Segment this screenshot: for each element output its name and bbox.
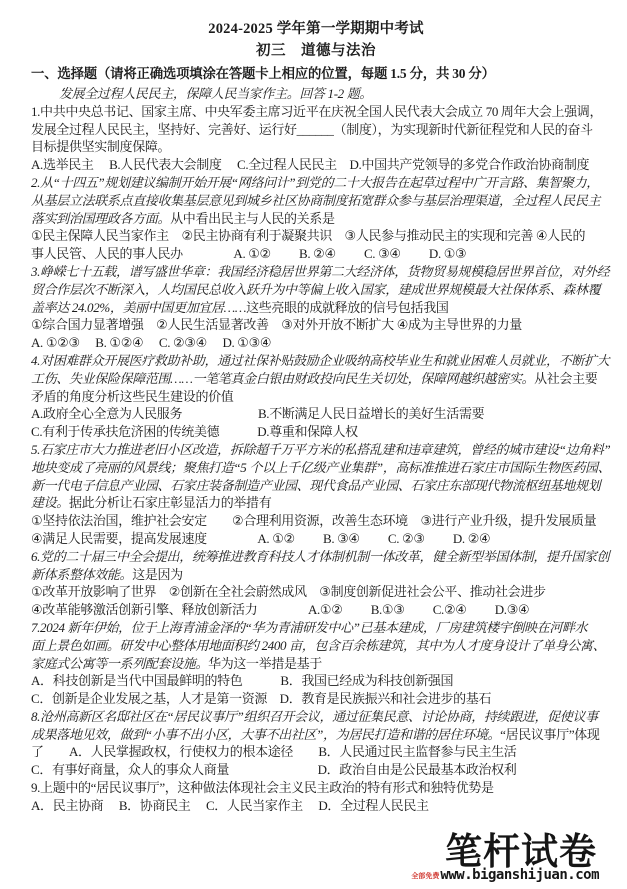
watermark: 笔杆试卷 全部免费 www.biganshijuan.com <box>411 835 599 883</box>
text-line: C．创新是企业发展之基，人才是第一资源 D．教育是民族振兴和社会进步的基石 <box>31 690 601 708</box>
text-run: 7.2024 新年伊始，位于上海青浦金泽的“华为青浦研发中心”已基本建成，厂房建… <box>31 620 587 635</box>
text-line: 1.中共中央总书记、国家主席、中央军委主席习近平在庆祝全国人民代表大会成立 70… <box>31 103 601 121</box>
text-line: 落实到治国理政各方面。从中看出民主与人民的关系是 <box>31 210 601 228</box>
watermark-brand: 笔杆试卷 <box>411 835 597 871</box>
text-line: 7.2024 新年伊始，位于上海青浦金泽的“华为青浦研发中心”已基本建成，厂房建… <box>31 619 601 637</box>
text-line: 5.石家庄市大力推进老旧小区改造，拆除超千万平方米的私搭乱建和违章建筑，曾经的城… <box>31 441 601 459</box>
text-line: 贸合作层次不断深入，人均国民总收入跃升为中等偏上收入国家，建成世界规模最大社保体… <box>31 281 601 299</box>
exam-title: 2024-2025 学年第一学期期中考试 <box>31 19 601 39</box>
text-run: 目标提供坚实制度保障。 <box>31 139 170 154</box>
text-run: 从基层立法联系点直接收集基层意见到城乡社区协商制度拓宽群众参与基层治理渠道，全过… <box>31 193 600 208</box>
text-line: A．民主协商 B．协商民主 C．人民当家作主 D．全过程人民民主 <box>31 797 601 815</box>
text-line: A.政府全心全意为人民服务 B.不断满足人民日益增长的美好生活需要 <box>31 405 601 423</box>
text-run: ④改革能够激活创新引擎、释放创新活力 A.①② B.①③ C.②④ D.③④ <box>31 602 529 617</box>
text-run: ④满足人民需要，提高发展速度 A. ①② B. ③④ C. ②③ D. ②④ <box>31 531 490 546</box>
text-run: 新一代电子信息产业园、石家庄装备制造产业园、现代食品产业园、石家庄东部现代物流枢… <box>31 478 600 493</box>
text-line: A．科技创新是当代中国最鲜明的特色 B．我国已经成为科技创新强国 <box>31 672 601 690</box>
text-line: 新体系整体效能。这是因为 <box>31 566 601 584</box>
text-run: 地块变成了亮丽的风景线；聚焦打造“5 个以上千亿级产业集群”，高标准推进石家庄市… <box>31 460 610 475</box>
text-line: 发展全过程人民民主，保障人民当家作主。回答 1-2 题。 <box>31 85 601 103</box>
text-run: 发展全过程人民民主，坚持好、完善好、运行好______（制度），为实现新时代新征… <box>31 122 593 137</box>
text-run: A.选举民主 B.人民代表大会制度 C.全过程人民民主 D.中国共产党领导的多党… <box>31 157 589 172</box>
text-line: 面上景色如画。研发中心整体用地面积约 2400 亩，包含百余栋建筑，其中为人才度… <box>31 637 601 655</box>
text-run: 面上景色如画。研发中心整体用地面积约 2400 亩，包含百余栋建筑，其中为人才度… <box>31 638 605 653</box>
text-line: 事人民管、人民的事人民办 A. ①② B. ②④ C. ③④ D. ①③ <box>31 245 601 263</box>
text-line: 6.党的二十届三中全会提出，统筹推进教育科技人才体制机制一体改革，健全新型举国体… <box>31 548 601 566</box>
section-one-heading: 一、选择题（请将正确选项填涂在答题卡上相应的位置，每题 1.5 分，共 30 分… <box>31 64 601 83</box>
text-run: 矛盾的角度分析这些民生建设的价值 <box>31 389 233 404</box>
text-run: 华为这一举措是基于 <box>208 656 322 671</box>
text-line: 4.对困难群众开展医疗救助补助，通过社保补贴鼓励企业吸纳高校毕业生和就业困难人员… <box>31 352 601 370</box>
text-line: 家庭式公寓等一系列配套设施。华为这一举措是基于 <box>31 655 601 673</box>
text-run: ①综合国力显著增强 ②人民生活显著改善 ③对外开放不断扩大 ④成为主导世界的力量 <box>31 317 522 332</box>
text-run: A.政府全心全意为人民服务 B.不断满足人民日益增长的美好生活需要 <box>31 406 484 421</box>
text-line: 8.沧州高新区名邸社区在“居民议事厅”组织召开会议，通过征集民意、讨论协商，持续… <box>31 708 601 726</box>
text-run: “居民议事厅”体现 <box>500 727 599 742</box>
text-run: A. ①②③ B. ①②④ C. ②③④ D. ①③④ <box>31 335 271 350</box>
watermark-row: 全部免费 www.biganshijuan.com <box>411 867 599 883</box>
text-line: 发展全过程人民民主，坚持好、完善好、运行好______（制度），为实现新时代新征… <box>31 121 601 139</box>
text-run: 2.从“十四五”规划建议编制开始开展“网络问计”到党的二十大报告在起草过程中广开… <box>31 175 599 190</box>
text-line: ④满足人民需要，提高发展速度 A. ①② B. ③④ C. ②③ D. ②④ <box>31 530 601 548</box>
text-run: 建设。 <box>31 495 69 510</box>
text-line: A.选举民主 B.人民代表大会制度 C.全过程人民民主 D.中国共产党领导的多党… <box>31 156 601 174</box>
exam-paper-page: 2024-2025 学年第一学期期中考试 初三 道德与法治 一、选择题（请将正确… <box>0 0 627 889</box>
watermark-free-label: 全部免费 <box>411 872 439 880</box>
document-content: 2024-2025 学年第一学期期中考试 初三 道德与法治 一、选择题（请将正确… <box>31 19 601 815</box>
text-run: 6.党的二十届三中全会提出，统筹推进教育科技人才体制机制一体改革，健全新型举国体… <box>31 549 609 564</box>
watermark-url: www.biganshijuan.com <box>440 867 599 883</box>
text-run: 事人民管、人民的事人民办 A. ①② B. ②④ C. ③④ D. ①③ <box>31 246 466 261</box>
text-run: ①坚持依法治国，维护社会安定 ②合理利用资源，改善生态环境 ③进行产业升级，提升… <box>31 513 596 528</box>
text-run: C.有利于传承扶危济困的传统美德 D.尊重和保障人权 <box>31 424 358 439</box>
text-run: 了 A．人民掌握政权，行使权力的根本途径 B．人民通过民主监督参与民主生活 <box>31 744 516 759</box>
text-run: A．科技创新是当代中国最鲜明的特色 B．我国已经成为科技创新强国 <box>31 673 453 688</box>
text-line: 了 A．人民掌握政权，行使权力的根本途径 B．人民通过民主监督参与民主生活 <box>31 743 601 761</box>
text-line: C．有事好商量，众人的事众人商量 D．政治自由是公民最基本政治权利 <box>31 761 601 779</box>
text-run: ①改革开放影响了世界 ②创新在全社会蔚然成风 ③制度创新促进社会公平、推动社会进… <box>31 584 546 599</box>
text-run: 家庭式公寓等一系列配套设施。 <box>31 656 208 671</box>
text-line: 工伤、失业保险保障范围……一笔笔真金白银由财政投向民生关切处，保障网越织越密实。… <box>31 370 601 388</box>
text-run: 据此分析让石家庄彰显活力的举措有 <box>69 495 271 510</box>
text-run: 这是因为 <box>132 567 183 582</box>
text-run: 成果落地见效，做到“小事不出小区，大事不出社区”，为居民打造和谐的居住环境。 <box>31 727 500 742</box>
text-line: 盖率达 24.02%，美丽中国更加宜居……这些亮眼的成就释放的信号包括我国 <box>31 299 601 317</box>
text-run: 贸合作层次不断深入，人均国民总收入跃升为中等偏上收入国家，建成世界规模最大社保体… <box>31 282 600 297</box>
text-run: 9.上题中的“居民议事厅”，这种做法体现社会主义民主政治的特有形式和独特优势是 <box>31 780 494 795</box>
text-line: 9.上题中的“居民议事厅”，这种做法体现社会主义民主政治的特有形式和独特优势是 <box>31 779 601 797</box>
text-run: C．创新是企业发展之基，人才是第一资源 D．教育是民族振兴和社会进步的基石 <box>31 691 491 706</box>
text-line: ①综合国力显著增强 ②人民生活显著改善 ③对外开放不断扩大 ④成为主导世界的力量 <box>31 316 601 334</box>
text-run: 从社会主要 <box>534 371 597 386</box>
text-line: ④改革能够激活创新引擎、释放创新活力 A.①② B.①③ C.②④ D.③④ <box>31 601 601 619</box>
text-line: 从基层立法联系点直接收集基层意见到城乡社区协商制度拓宽群众参与基层治理渠道，全过… <box>31 192 601 210</box>
text-line: 2.从“十四五”规划建议编制开始开展“网络问计”到党的二十大报告在起草过程中广开… <box>31 174 601 192</box>
subject-title: 初三 道德与法治 <box>31 41 601 61</box>
text-run: 1.中共中央总书记、国家主席、中央军委主席习近平在庆祝全国人民代表大会成立 70… <box>31 104 602 119</box>
text-run: 8.沧州高新区名邸社区在“居民议事厅”组织召开会议，通过征集民意、讨论协商，持续… <box>31 709 598 724</box>
text-line: 地块变成了亮丽的风景线；聚焦打造“5 个以上千亿级产业集群”，高标准推进石家庄市… <box>31 459 601 477</box>
text-run: 盖率达 24.02%，美丽中国更加宜居…… <box>31 300 246 315</box>
text-run: 5.石家庄市大力推进老旧小区改造，拆除超千万平方米的私搭乱建和违章建筑，曾经的城… <box>31 442 610 457</box>
text-line: 成果落地见效，做到“小事不出小区，大事不出社区”，为居民打造和谐的居住环境。“居… <box>31 726 601 744</box>
text-run: 工伤、失业保险保障范围……一笔笔真金白银由财政投向民生关切处，保障网越织越密实。 <box>31 371 534 386</box>
text-run: 新体系整体效能。 <box>31 567 132 582</box>
text-line: 新一代电子信息产业园、石家庄装备制造产业园、现代食品产业园、石家庄东部现代物流枢… <box>31 477 601 495</box>
text-line: 建设。据此分析让石家庄彰显活力的举措有 <box>31 494 601 512</box>
text-run: 4.对困难群众开展医疗救助补助，通过社保补贴鼓励企业吸纳高校毕业生和就业困难人员… <box>31 353 609 368</box>
document-body: 发展全过程人民民主，保障人民当家作主。回答 1-2 题。1.中共中央总书记、国家… <box>31 85 601 815</box>
text-run: 3.峥嵘七十五载，谱写盛世华章：我国经济稳居世界第二大经济体，货物贸易规模稳居世… <box>31 264 609 279</box>
text-line: C.有利于传承扶危济困的传统美德 D.尊重和保障人权 <box>31 423 601 441</box>
text-run: 发展全过程人民民主，保障人民当家作主。回答 1-2 题。 <box>59 86 372 101</box>
text-line: 目标提供坚实制度保障。 <box>31 138 601 156</box>
text-run: 落实到治国理政各方面。 <box>31 211 170 226</box>
text-run: 这些亮眼的成就释放的信号包括我国 <box>246 300 448 315</box>
text-run: ①民主保障人民当家作主 ②民主协商有利于凝聚共识 ③人民参与推动民主的实现和完善… <box>31 228 585 243</box>
text-line: 矛盾的角度分析这些民生建设的价值 <box>31 388 601 406</box>
text-line: A. ①②③ B. ①②④ C. ②③④ D. ①③④ <box>31 334 601 352</box>
text-line: ①改革开放影响了世界 ②创新在全社会蔚然成风 ③制度创新促进社会公平、推动社会进… <box>31 583 601 601</box>
text-line: 3.峥嵘七十五载，谱写盛世华章：我国经济稳居世界第二大经济体，货物贸易规模稳居世… <box>31 263 601 281</box>
text-run: C．有事好商量，众人的事众人商量 D．政治自由是公民最基本政治权利 <box>31 762 516 777</box>
text-line: ①民主保障人民当家作主 ②民主协商有利于凝聚共识 ③人民参与推动民主的实现和完善… <box>31 227 601 245</box>
text-run: 从中看出民主与人民的关系是 <box>170 211 334 226</box>
text-line: ①坚持依法治国，维护社会安定 ②合理利用资源，改善生态环境 ③进行产业升级，提升… <box>31 512 601 530</box>
text-run: A．民主协商 B．协商民主 C．人民当家作主 D．全过程人民民主 <box>31 798 429 813</box>
